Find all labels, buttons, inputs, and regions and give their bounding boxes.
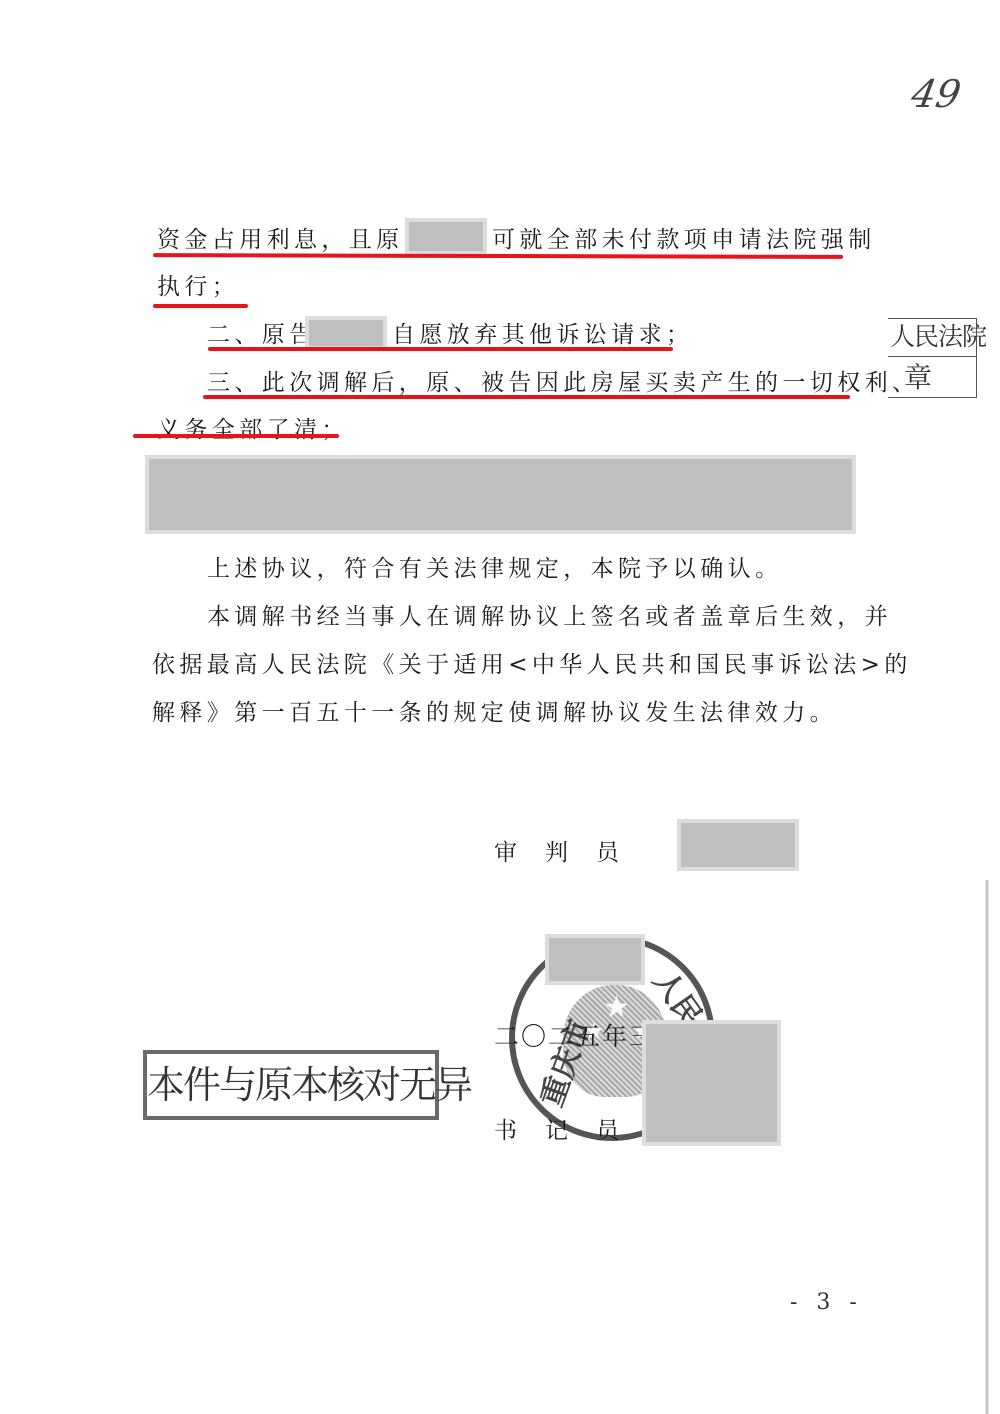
handwritten-page-number: 49 <box>908 72 964 116</box>
judge-label: 审判员 <box>494 834 647 867</box>
clerk-label: 书记员 <box>494 1112 647 1145</box>
page-number-footer: - 3 - <box>790 1290 863 1315</box>
judgment-date: 二〇二五年三 <box>494 1022 656 1052</box>
item1-line2: 执行； <box>157 272 239 302</box>
item1-line1-start: 资金占用利息，且原告 <box>157 225 431 255</box>
red-underline-5 <box>133 434 339 438</box>
red-underline-1 <box>153 253 843 259</box>
red-underline-3 <box>208 347 673 351</box>
redaction-plaintiff-name-1 <box>405 218 487 255</box>
effect-line2: 依据最高人民法院《关于适用<中华人民共和国民事诉讼法>的 <box>152 650 912 680</box>
court-stamp-line1: 人民法院 <box>888 319 976 357</box>
item3-line2: 义务全部了清； <box>157 415 349 445</box>
effect-line1: 本调解书经当事人在调解协议上签名或者盖章后生效，并 <box>207 602 892 632</box>
item1-line1-end: 可就全部未付款项申请法院强制 <box>492 225 876 255</box>
redaction-seal-court-name <box>545 934 645 985</box>
item2-end: 自愿放弃其他诉讼请求； <box>392 320 693 350</box>
redaction-plaintiff-name-2 <box>305 316 387 350</box>
certification-stamp: 本件与原本核对无异 <box>143 1050 439 1120</box>
redaction-paragraph <box>145 455 856 534</box>
scan-edge-shadow <box>985 880 989 1414</box>
redaction-date-and-clerk <box>642 1020 781 1146</box>
red-underline-4 <box>203 395 850 399</box>
red-underline-2 <box>153 304 248 308</box>
seal-big-star-icon: ★ <box>603 993 630 1023</box>
redaction-judge-name <box>677 819 799 871</box>
item2-start: 二、原告 <box>207 320 317 350</box>
effect-line3: 解释》第一百五十一条的规定使调解协议发生法律效力。 <box>152 698 837 728</box>
confirmation-text: 上述协议，符合有关法律规定，本院予以确认。 <box>207 554 782 584</box>
item3-line1: 三、此次调解后，原、被告因此房屋买卖产生的一切权利、 <box>207 368 919 398</box>
